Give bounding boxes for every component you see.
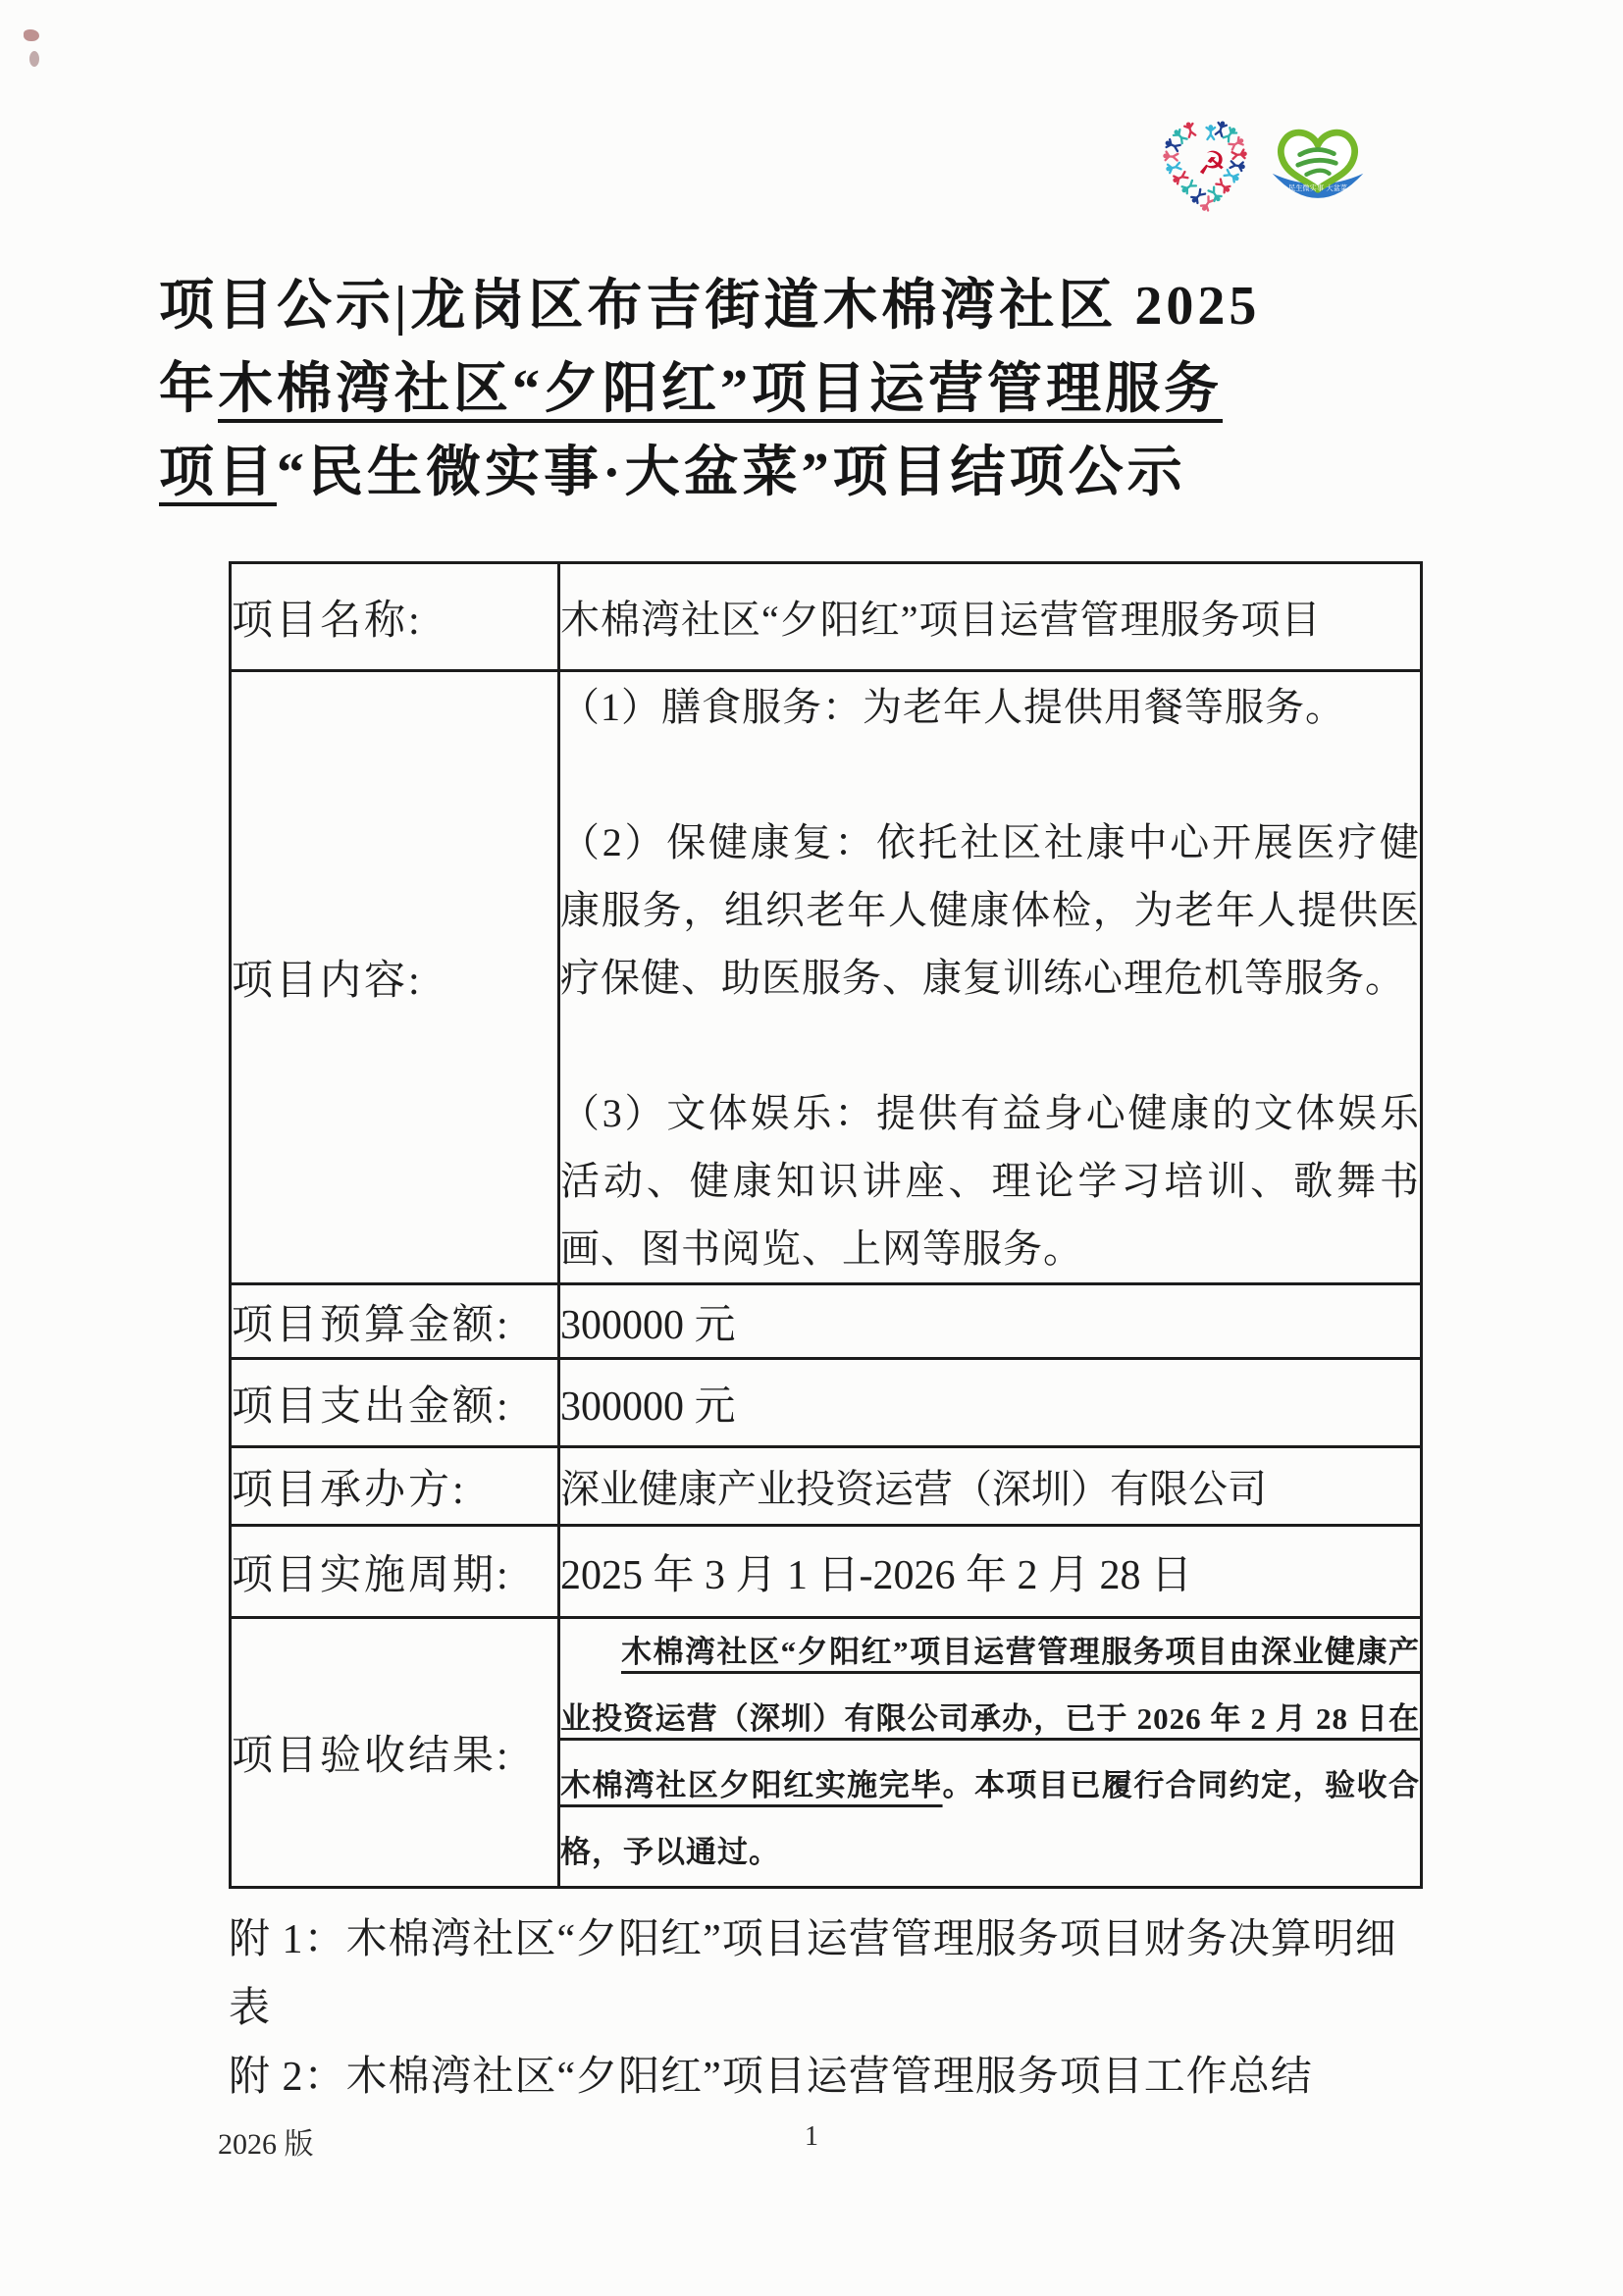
table-row-content: 项目内容: （1）膳食服务：为老年人提供用餐等服务。 （2）保健康复：依托社区社… xyxy=(231,671,1422,1284)
table-row-period: 项目实施周期: 2025 年 3 月 1 日-2026 年 2 月 28 日 xyxy=(231,1526,1422,1618)
document-title: 项目公示|龙岗区布吉街道木棉湾社区 2025 年木棉湾社区“夕阳红”项目运营管理… xyxy=(159,265,1474,515)
row-label: 项目预算金额: xyxy=(231,1284,559,1359)
minsheng-bowl-icon: 民生微实事 大盆菜 xyxy=(1266,124,1370,216)
row-value: 木棉湾社区“夕阳红”项目运营管理服务项目由深业健康产业投资运营（深圳）有限公司承… xyxy=(559,1618,1422,1888)
attachment-note-1: 附 1：木棉湾社区“夕阳红”项目运营管理服务项目财务决算明细表 xyxy=(229,1905,1424,2043)
content-item-3: （3）文体娱乐：提供有益身心健康的文体娱乐活动、健康知识讲座、理论学习培训、歌舞… xyxy=(560,1079,1420,1282)
row-value: （1）膳食服务：为老年人提供用餐等服务。 （2）保健康复：依托社区社康中心开展医… xyxy=(559,671,1422,1284)
row-value: 300000 元 xyxy=(559,1284,1422,1359)
scan-artifact xyxy=(29,51,39,67)
document-title-line-1: 项目公示|龙岗区布吉街道木棉湾社区 2025 xyxy=(159,265,1474,348)
row-label: 项目实施周期: xyxy=(231,1526,559,1618)
table-row-name: 项目名称: 木棉湾社区“夕阳红”项目运营管理服务项目 xyxy=(231,563,1422,671)
table-row-acceptance: 项目验收结果: 木棉湾社区“夕阳红”项目运营管理服务项目由深业健康产业投资运营（… xyxy=(231,1618,1422,1888)
scan-artifact xyxy=(24,29,39,41)
document-title-line-2: 年木棉湾社区“夕阳红”项目运营管理服务 xyxy=(159,348,1474,432)
table-row-budget: 项目预算金额: 300000 元 xyxy=(231,1284,1422,1359)
row-value: 木棉湾社区“夕阳红”项目运营管理服务项目 xyxy=(559,563,1422,671)
content-item-2: （2）保健康复：依托社区社康中心开展医疗健康服务，组织老年人健康体检，为老年人提… xyxy=(560,809,1420,1012)
row-label: 项目支出金额: xyxy=(231,1359,559,1447)
content-item-1: （1）膳食服务：为老年人提供用餐等服务。 xyxy=(560,673,1420,741)
row-label: 项目名称: xyxy=(231,563,559,671)
underlined-title-text: 木棉湾社区“夕阳红”项目运营管理服务 xyxy=(218,359,1223,420)
row-value: 2025 年 3 月 1 日-2026 年 2 月 28 日 xyxy=(559,1526,1422,1618)
project-info-table: 项目名称: 木棉湾社区“夕阳红”项目运营管理服务项目 项目内容: （1）膳食服务… xyxy=(229,561,1423,1889)
page-number: 1 xyxy=(805,2121,818,2153)
underlined-title-text: 项目 xyxy=(159,443,277,503)
row-label: 项目验收结果: xyxy=(231,1618,559,1888)
hammer-sickle-icon: ☭ xyxy=(1197,145,1226,183)
header-logos: ☭ 民生微实事 大盆菜 xyxy=(1158,106,1384,219)
document-title-line-3: 项目“民生微实事·大盆菜”项目结项公示 xyxy=(159,432,1474,515)
row-value: 深业健康产业投资运营（深圳）有限公司 xyxy=(559,1447,1422,1526)
row-label: 项目承办方: xyxy=(231,1447,559,1526)
row-value: 300000 元 xyxy=(559,1359,1422,1447)
party-heart-icon: ☭ xyxy=(1158,114,1254,218)
footer-version: 2026 版 xyxy=(218,2119,314,2163)
document-page: ☭ 民生微实事 大盆菜 项目公示|龙岗区布吉街道木棉湾社区 2025 年木棉湾社… xyxy=(0,0,1623,2296)
attachment-note-2: 附 2：木棉湾社区“夕阳红”项目运营管理服务项目工作总结 xyxy=(229,2043,1424,2112)
attachments-block: 附 1：木棉湾社区“夕阳红”项目运营管理服务项目财务决算明细表 附 2：木棉湾社… xyxy=(229,1905,1424,2112)
bowl-caption: 民生微实事 大盆菜 xyxy=(1288,183,1347,192)
table-row-expense: 项目支出金额: 300000 元 xyxy=(231,1359,1422,1447)
row-label: 项目内容: xyxy=(231,671,559,1284)
table-row-undertaker: 项目承办方: 深业健康产业投资运营（深圳）有限公司 xyxy=(231,1447,1422,1526)
